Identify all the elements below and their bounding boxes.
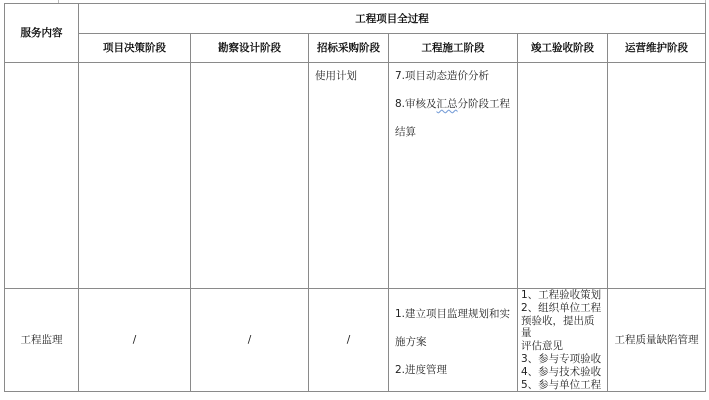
stage-header-construction: 工程施工阶段: [389, 34, 518, 63]
decision-cell: [79, 63, 191, 289]
service-content-header: 服务内容: [5, 4, 79, 63]
operation-cell: 工程质量缺陷管理: [608, 289, 706, 392]
supervision-item-1: 1.建立项目监理规划和实: [395, 307, 511, 321]
acceptance-cell: 1、工程验收策划 2、组织单位工程 预验收，提出质量 评估意见 3、参与专项验收…: [518, 289, 608, 392]
project-process-table: 服务内容 工程项目全过程 项目决策阶段 勘察设计阶段 招标采购阶段 工程施工阶段…: [4, 3, 706, 392]
header-row-group: 服务内容 工程项目全过程: [5, 4, 706, 34]
acceptance-item-3: 3、参与专项验收: [521, 353, 604, 366]
supervision-item-1-cont: 施方案: [395, 335, 511, 349]
construction-item-8: 8.审核及汇总分阶段工程: [395, 97, 511, 111]
operation-cell: [608, 63, 706, 289]
supervision-item-2: 2.进度管理: [395, 363, 511, 377]
acceptance-cell: [518, 63, 608, 289]
acceptance-item-4: 4、参与技术验收: [521, 366, 604, 379]
service-cell: [5, 63, 79, 289]
acceptance-item-2-cont: 预验收，提出质量: [521, 315, 604, 341]
decision-cell: /: [79, 289, 191, 392]
procurement-text: 使用计划: [315, 69, 382, 83]
stage-header-decision: 项目决策阶段: [79, 34, 191, 63]
design-cell: /: [191, 289, 309, 392]
procurement-cell: 使用计划: [309, 63, 389, 289]
construction-item-7: 7.项目动态造价分析: [395, 69, 511, 83]
header-row-stages: 项目决策阶段 勘察设计阶段 招标采购阶段 工程施工阶段 竣工验收阶段 运营维护阶…: [5, 34, 706, 63]
acceptance-item-2: 2、组织单位工程: [521, 302, 604, 315]
acceptance-item-5: 5、参与单位工程: [521, 379, 604, 392]
full-process-header: 工程项目全过程: [79, 4, 706, 34]
design-cell: [191, 63, 309, 289]
acceptance-item-1: 1、工程验收策划: [521, 289, 604, 302]
table-row: 使用计划 7.项目动态造价分析 8.审核及汇总分阶段工程 结算: [5, 63, 706, 289]
construction-item-8-cont: 结算: [395, 125, 511, 139]
spellcheck-underline: 汇总: [437, 98, 458, 110]
acceptance-item-2-cont2: 评估意见: [521, 340, 604, 353]
stage-header-procurement: 招标采购阶段: [309, 34, 389, 63]
table-row: 工程监理 / / / 1.建立项目监理规划和实 施方案 2.进度管理 1、工程验…: [5, 289, 706, 392]
construction-cell: 7.项目动态造价分析 8.审核及汇总分阶段工程 结算: [389, 63, 518, 289]
stage-header-operation: 运营维护阶段: [608, 34, 706, 63]
service-cell-supervision: 工程监理: [5, 289, 79, 392]
stage-header-acceptance: 竣工验收阶段: [518, 34, 608, 63]
stage-header-design: 勘察设计阶段: [191, 34, 309, 63]
procurement-cell: /: [309, 289, 389, 392]
construction-cell: 1.建立项目监理规划和实 施方案 2.进度管理: [389, 289, 518, 392]
